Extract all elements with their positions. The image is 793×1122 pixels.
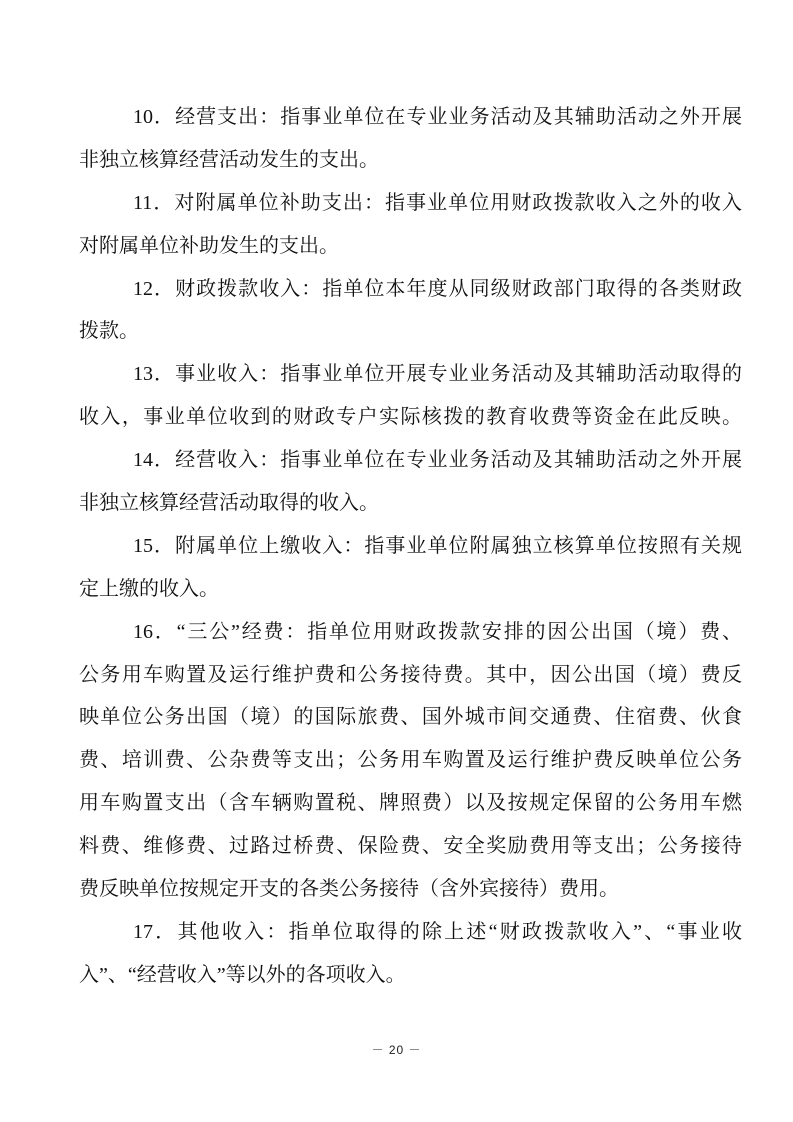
paragraph-14-line-1: 14．经营收入：指事业单位在专业业务活动及其辅助活动之外开展 [79, 439, 742, 482]
paragraph-14-line-2: 非独立核算经营活动取得的收入。 [79, 482, 742, 525]
paragraph-16-line-2: 公务用车购置及运行维护费和公务接待费。其中，因公出国（境）费反 [79, 654, 742, 697]
paragraph-13-line-1: 13．事业收入：指事业单位开展专业业务活动及其辅助活动取得的 [79, 353, 742, 396]
paragraph-11-line-2: 对附属单位补助发生的支出。 [79, 225, 742, 268]
paragraph-16-line-1: 16．“三公”经费：指单位用财政拨款安排的因公出国（境）费、 [79, 611, 742, 654]
paragraph-17-line-1: 17．其他收入：指单位取得的除上述“财政拨款收入”、“事业收 [79, 911, 742, 954]
paragraph-10-line-2: 非独立核算经营活动发生的支出。 [79, 139, 742, 182]
paragraph-16-line-6: 料费、维修费、过路过桥费、保险费、安全奖励费用等支出；公务接待 [79, 825, 742, 868]
paragraph-17-line-2: 入”、“经营收入”等以外的各项收入。 [79, 954, 742, 997]
paragraph-10-line-1: 10．经营支出：指事业单位在专业业务活动及其辅助活动之外开展 [79, 96, 742, 139]
paragraph-12-line-1: 12．财政拨款收入：指单位本年度从同级财政部门取得的各类财政 [79, 268, 742, 311]
paragraph-16-line-3: 映单位公务出国（境）的国际旅费、国外城市间交通费、住宿费、伙食 [79, 696, 742, 739]
body-text: 10．经营支出：指事业单位在专业业务活动及其辅助活动之外开展 非独立核算经营活动… [79, 96, 742, 997]
document-page: 10．经营支出：指事业单位在专业业务活动及其辅助活动之外开展 非独立核算经营活动… [0, 0, 793, 1122]
paragraph-11-line-1: 11．对附属单位补助支出：指事业单位用财政拨款收入之外的收入 [79, 182, 742, 225]
paragraph-15-line-2: 定上缴的收入。 [79, 568, 742, 611]
paragraph-15-line-1: 15．附属单位上缴收入：指事业单位附属独立核算单位按照有关规 [79, 525, 742, 568]
paragraph-12-line-2: 拨款。 [79, 310, 742, 353]
paragraph-13-line-2: 收入，事业单位收到的财政专户实际核拨的教育收费等资金在此反映。 [79, 396, 742, 439]
paragraph-16-line-5: 用车购置支出（含车辆购置税、牌照费）以及按规定保留的公务用车燃 [79, 782, 742, 825]
paragraph-16-line-7: 费反映单位按规定开支的各类公务接待（含外宾接待）费用。 [79, 868, 742, 911]
page-number: － 20 － [0, 1041, 793, 1059]
paragraph-16-line-4: 费、培训费、公杂费等支出；公务用车购置及运行维护费反映单位公务 [79, 739, 742, 782]
